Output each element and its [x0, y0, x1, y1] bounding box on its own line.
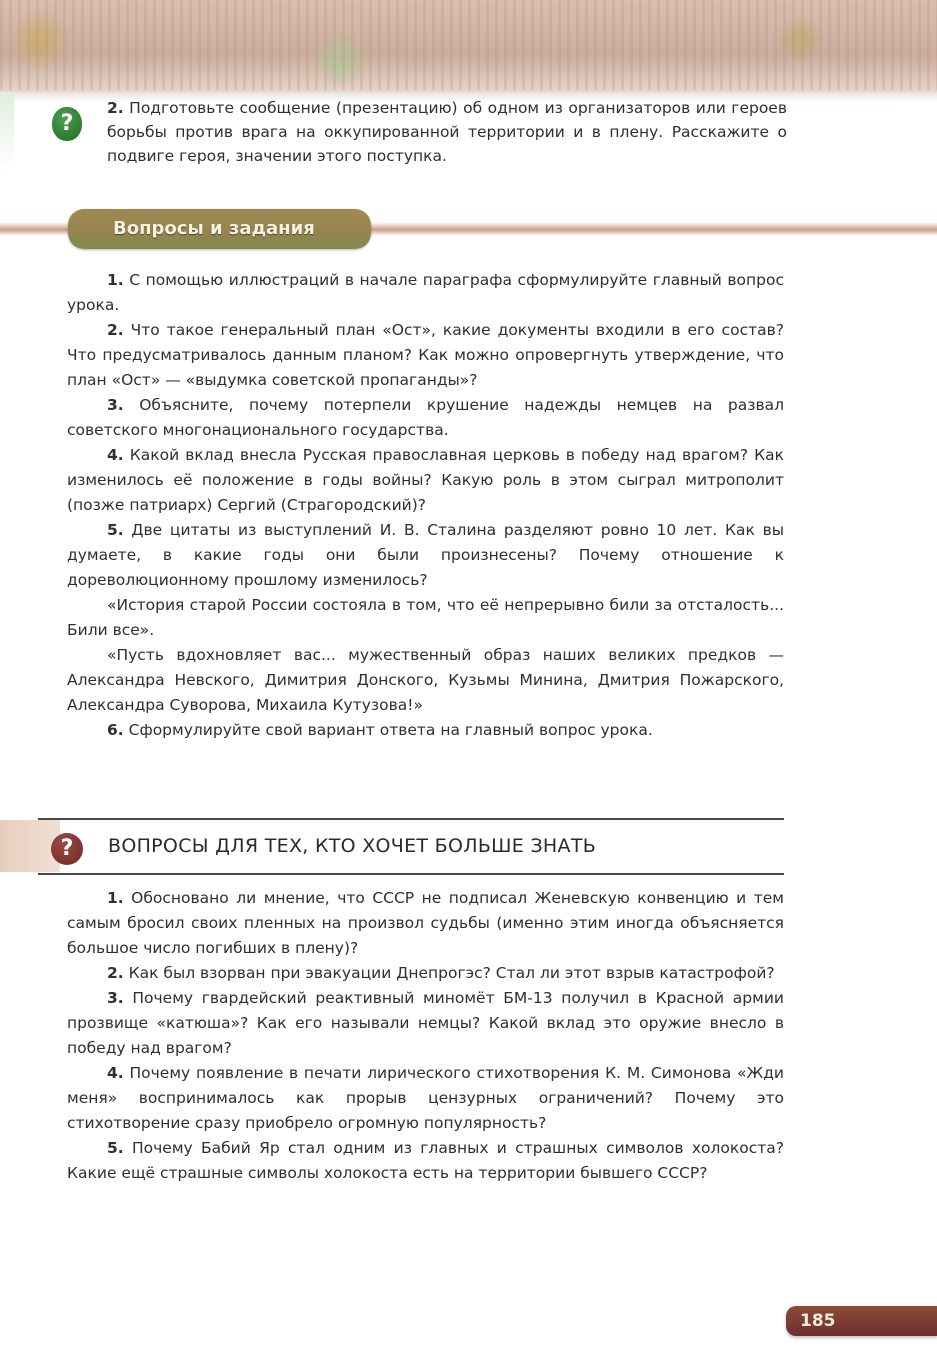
question-item: 4. Почему появление в печати лирического…	[67, 1061, 784, 1136]
question-item: 2. Как был взорван при эвакуации Днепрог…	[67, 961, 784, 986]
top-task: 2. Подготовьте сообщение (презентацию) о…	[107, 96, 787, 168]
questions-list: 1. С помощью иллюстраций в начале парагр…	[67, 268, 784, 743]
question-item: 1. Обосновано ли мнение, что СССР не под…	[67, 886, 784, 961]
divider-line	[38, 873, 784, 875]
section-title: Вопросы и задания	[113, 209, 315, 249]
question-item: 5. Почему Бабий Яр стал одним из главных…	[67, 1136, 784, 1186]
page-number: 185	[800, 1306, 836, 1336]
question-mark-icon: ?	[52, 107, 82, 141]
question-item: 3. Объясните, почему потерпели крушение …	[67, 393, 784, 443]
quote-item: «История старой России состояла в том, ч…	[67, 593, 784, 643]
question-item: 4. Какой вклад внесла Русская православн…	[67, 443, 784, 518]
more-section-title: ВОПРОСЫ ДЛЯ ТЕХ, КТО ХОЧЕТ БОЛЬШЕ ЗНАТЬ	[108, 835, 596, 857]
question-item: 3. Почему гвардейский реактивный миномёт…	[67, 986, 784, 1061]
question-item: 2. Что такое генеральный план «Ост», как…	[67, 318, 784, 393]
section-header: Вопросы и задания	[68, 209, 371, 249]
decorative-header-banner	[0, 0, 937, 92]
divider-line	[38, 818, 784, 820]
question-item: 5. Две цитаты из выступлений И. В. Стали…	[67, 518, 784, 593]
task-number: 2.	[107, 99, 124, 117]
page-number-tab: 185	[786, 1306, 937, 1336]
question-mark-icon: ?	[51, 833, 83, 865]
decorative-strip	[0, 92, 14, 172]
task-text: Подготовьте сообщение (презентацию) об о…	[107, 99, 787, 165]
question-item: 6. Сформулируйте свой вариант ответа на …	[67, 718, 784, 743]
question-item: 1. С помощью иллюстраций в начале парагр…	[67, 268, 784, 318]
more-questions-list: 1. Обосновано ли мнение, что СССР не под…	[67, 886, 784, 1186]
quote-item: «Пусть вдохновляет вас... мужественный о…	[67, 643, 784, 718]
